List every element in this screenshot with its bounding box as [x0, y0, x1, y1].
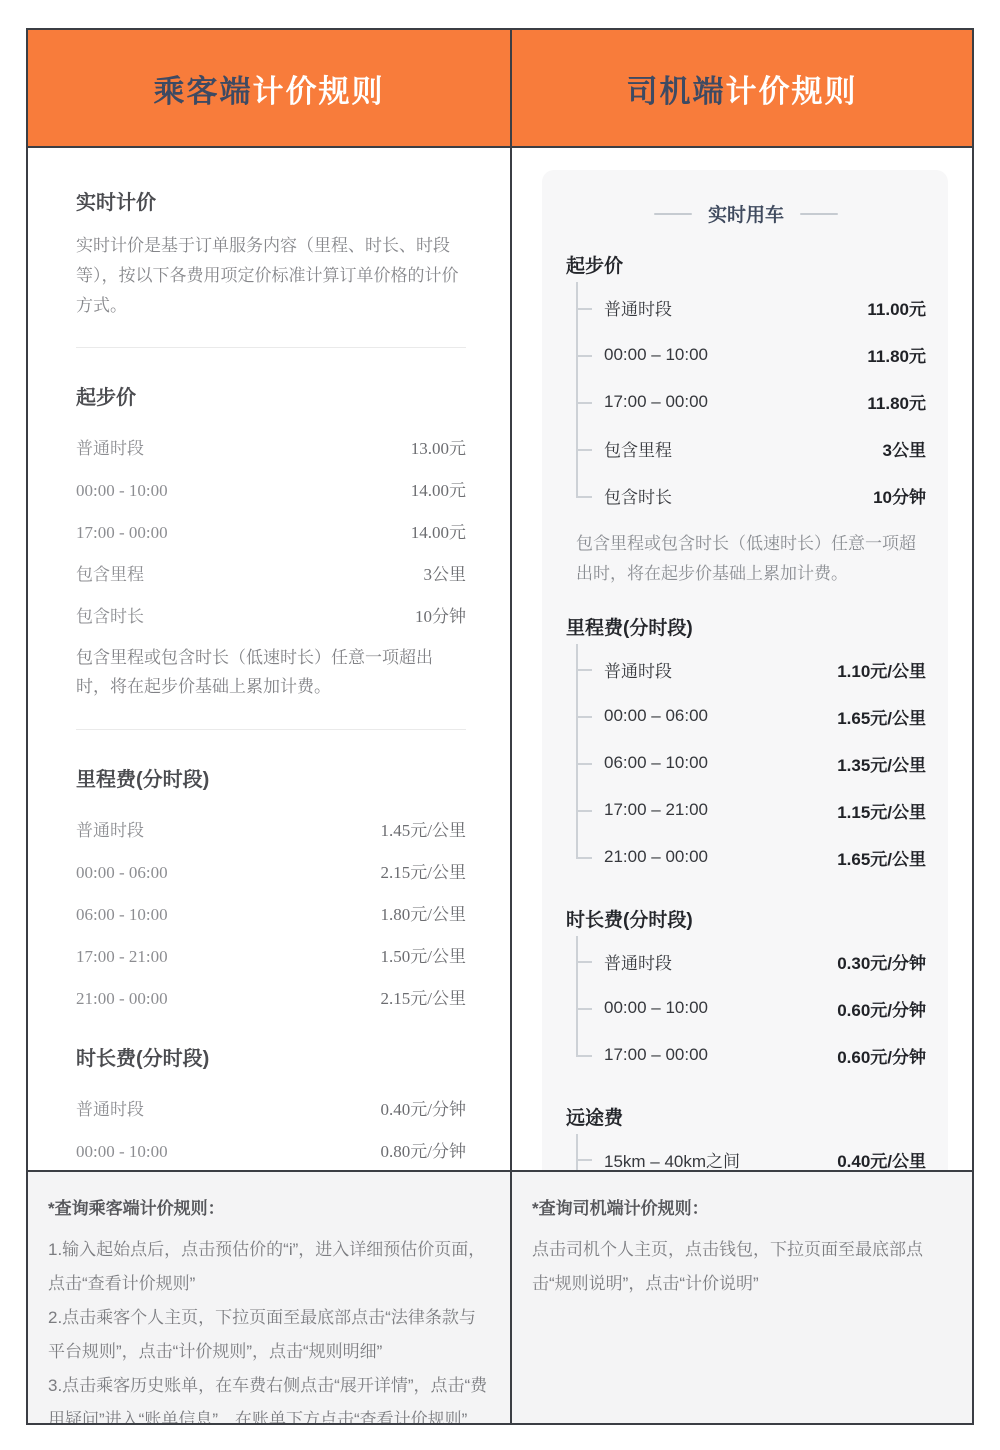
- fee-row: 00:00 – 10:00 0.60元/分钟: [576, 985, 926, 1032]
- fee-row: 00:00 - 10:00 0.80元/分钟: [76, 1137, 466, 1162]
- driver-header-highlight: 司机端: [627, 66, 726, 111]
- fee-row-value: 0.60元/分钟: [837, 1043, 926, 1068]
- fee-row: 普通时段 1.10元/公里: [576, 646, 926, 693]
- fee-row-label: 15km – 40km之间: [604, 1147, 740, 1171]
- fee-row-label: 普通时段: [604, 295, 672, 320]
- footer-line: 3.点击乘客历史账单，在车费右侧点击“展开详情”，点击“费用疑问”进入“账单信息…: [48, 1369, 488, 1423]
- fee-row: 00:00 - 06:00 2.15元/公里: [76, 858, 466, 883]
- fee-section-title: 时长费(分时段): [76, 1042, 466, 1071]
- passenger-footer-note: *查询乘客端计价规则： 1.输入起始点后，点击预估价的“i”，进入详细预估价页面…: [28, 1172, 510, 1423]
- fee-row-label: 00:00 – 06:00: [604, 706, 708, 726]
- fee-row: 普通时段 0.40元/分钟: [76, 1095, 466, 1120]
- driver-header-rest: 计价规则: [726, 66, 858, 111]
- fee-row-label: 17:00 – 00:00: [604, 1045, 708, 1065]
- driver-footer-lines: 点击司机个人主页，点击钱包，下拉页面至最底部点击“规则说明”，点击“计价说明”: [532, 1233, 950, 1301]
- fee-rows: 普通时段 13.00元 00:00 - 10:00 14.00元: [76, 434, 466, 627]
- driver-header: 司机端计价规则: [512, 30, 972, 146]
- fee-row-label: 00:00 – 10:00: [604, 345, 708, 365]
- fee-row-value: 14.00元: [411, 518, 466, 543]
- fee-row: 普通时段 11.00元: [576, 284, 926, 331]
- footer-line: 1.输入起始点后，点击预估价的“i”，进入详细预估价页面，点击“查看计价规则”: [48, 1233, 488, 1301]
- body-row: 实时计价 实时计价是基于订单服务内容（里程、时长、时段等），按以下各费用项定价标…: [28, 148, 972, 1170]
- fee-row-label: 17:00 - 00:00: [76, 523, 168, 543]
- fee-row-value: 0.30元/分钟: [837, 949, 926, 974]
- fee-row: 06:00 - 10:00 1.80元/公里: [76, 900, 466, 925]
- fee-row-value: 10分钟: [415, 602, 466, 627]
- fee-section-title: 里程费(分时段): [566, 613, 926, 640]
- fee-row-label: 00:00 - 10:00: [76, 481, 168, 501]
- fee-row-label: 普通时段: [76, 1095, 144, 1120]
- fee-section: 里程费(分时段) 普通时段 1.45元/公里 00:00 - 06:00: [76, 763, 466, 1009]
- driver-footer-title: *查询司机端计价规则：: [532, 1192, 950, 1225]
- fee-row-label: 普通时段: [76, 816, 144, 841]
- fee-row-value: 14.00元: [411, 476, 466, 501]
- fee-row-label: 06:00 - 10:00: [76, 905, 168, 925]
- passenger-column: 实时计价 实时计价是基于订单服务内容（里程、时长、时段等），按以下各费用项定价标…: [28, 148, 510, 1170]
- fee-row-label: 06:00 – 10:00: [604, 753, 708, 773]
- driver-column: 实时用车 起步价 普通时段 11.0: [512, 148, 972, 1170]
- fee-row-value: 0.40元/公里: [837, 1147, 926, 1171]
- fee-row: 包含里程 3公里: [76, 560, 466, 585]
- fee-row: 17:00 – 21:00 1.15元/公里: [576, 787, 926, 834]
- fee-row-label: 包含里程: [76, 560, 144, 585]
- passenger-header-highlight: 乘客端: [154, 66, 253, 111]
- fee-rows-tree: 普通时段 11.00元 00:00 – 10:00 11.80元: [576, 284, 926, 519]
- fee-row-label: 21:00 - 00:00: [76, 989, 168, 1009]
- fee-section: 起步价 普通时段 13.00元 00:00 - 10:00: [76, 381, 466, 730]
- section-divider: [76, 729, 466, 730]
- passenger-header: 乘客端计价规则: [28, 30, 510, 146]
- card-title-row: 实时用车: [566, 200, 926, 227]
- fee-section-title: 起步价: [566, 251, 926, 278]
- fee-section-title: 里程费(分时段): [76, 763, 466, 792]
- fee-row-value: 11.00元: [867, 295, 926, 320]
- fee-row-label: 17:00 – 21:00: [604, 800, 708, 820]
- fee-section-title: 时长费(分时段): [566, 905, 926, 932]
- footer-line: 2.点击乘客个人主页，下拉页面至最底部点击“法律条款与平台规则”，点击“计价规则…: [48, 1301, 488, 1369]
- fee-row-label: 普通时段: [604, 657, 672, 682]
- fee-row-value: 0.80元/分钟: [381, 1137, 466, 1162]
- fee-row-value: 1.50元/公里: [381, 942, 466, 967]
- fee-rows: 普通时段 0.40元/分钟 00:00 - 10:00 0.80元/分钟: [76, 1095, 466, 1170]
- fee-row: 15km – 40km之间 0.40元/公里: [576, 1136, 926, 1171]
- fee-section: 时长费(分时段) 普通时段 0.30元/分钟: [566, 905, 926, 1079]
- fee-row-label: 17:00 - 21:00: [76, 947, 168, 967]
- fee-row-value: 2.15元/公里: [381, 858, 466, 883]
- fee-section-note: 包含里程或包含时长（低速时长）任意一项超出时，将在起步价基础上累加计费。: [576, 529, 926, 589]
- card-title: 实时用车: [708, 200, 784, 227]
- fee-row-label: 包含时长: [76, 602, 144, 627]
- fee-row: 包含里程 3公里: [576, 425, 926, 472]
- fee-row-value: 1.10元/公里: [837, 657, 926, 682]
- passenger-sections: 起步价 普通时段 13.00元 00:00 - 10:00: [76, 381, 466, 1170]
- fee-row: 00:00 – 06:00 1.65元/公里: [576, 693, 926, 740]
- pricing-rules-comparison-sheet: 乘客端计价规则 司机端计价规则 实时计价 实时计价是基于订单服务内容（里程、时长…: [26, 28, 974, 1425]
- footer-row: *查询乘客端计价规则： 1.输入起始点后，点击预估价的“i”，进入详细预估价页面…: [28, 1170, 972, 1423]
- passenger-footer-lines: 1.输入起始点后，点击预估价的“i”，进入详细预估价页面，点击“查看计价规则” …: [48, 1233, 488, 1423]
- driver-sections: 起步价 普通时段 11.00元 00:: [566, 251, 926, 1170]
- realtime-ride-card: 实时用车 起步价 普通时段 11.0: [542, 170, 948, 1170]
- fee-section: 远途费 15km – 40km之间 0.40元/公里: [566, 1103, 926, 1171]
- title-dash-left: [654, 213, 692, 215]
- passenger-header-rest: 计价规则: [253, 66, 385, 111]
- fee-row: 21:00 - 00:00 2.15元/公里: [76, 984, 466, 1009]
- fee-section-note: 包含里程或包含时长（低速时长）任意一项超出时，将在起步价基础上累加计费。: [76, 644, 466, 702]
- fee-row: 06:00 – 10:00 1.35元/公里: [576, 740, 926, 787]
- fee-row-value: 1.15元/公里: [837, 798, 926, 823]
- footer-line: 点击司机个人主页，点击钱包，下拉页面至最底部点击“规则说明”，点击“计价说明”: [532, 1233, 950, 1301]
- fee-row: 普通时段 1.45元/公里: [76, 816, 466, 841]
- fee-section-title: 远途费: [566, 1103, 926, 1130]
- fee-row: 17:00 - 00:00 14.00元: [76, 518, 466, 543]
- fee-rows-tree: 普通时段 1.10元/公里 00:00 – 06:00 1.65元/公里: [576, 646, 926, 881]
- fee-row: 17:00 - 21:00 1.50元/公里: [76, 942, 466, 967]
- fee-row: 普通时段 13.00元: [76, 434, 466, 459]
- fee-row: 17:00 – 00:00 0.60元/分钟: [576, 1032, 926, 1079]
- fee-row: 17:00 – 00:00 11.80元: [576, 378, 926, 425]
- fee-row-label: 普通时段: [604, 949, 672, 974]
- fee-rows-tree: 普通时段 0.30元/分钟 00:00 – 10:00 0.60元/分钟: [576, 938, 926, 1079]
- fee-row-value: 2.15元/公里: [381, 984, 466, 1009]
- fee-row-value: 11.80元: [867, 342, 926, 367]
- fee-row-label: 00:00 - 06:00: [76, 863, 168, 883]
- title-dash-right: [800, 213, 838, 215]
- fee-row: 00:00 – 10:00 11.80元: [576, 331, 926, 378]
- fee-row-value: 3公里: [883, 436, 926, 461]
- fee-row-value: 1.65元/公里: [837, 845, 926, 870]
- fee-row-value: 0.40元/分钟: [381, 1095, 466, 1120]
- fee-row-value: 0.60元/分钟: [837, 996, 926, 1021]
- fee-row-label: 00:00 – 10:00: [604, 998, 708, 1018]
- fee-rows: 普通时段 1.45元/公里 00:00 - 06:00 2.15元/公里: [76, 816, 466, 1009]
- fee-rows-tree: 15km – 40km之间 0.40元/公里 大于40公里部分 1.40元/公里: [576, 1136, 926, 1171]
- fee-row: 21:00 – 00:00 1.65元/公里: [576, 834, 926, 881]
- fee-section: 时长费(分时段) 普通时段 0.40元/分钟 00:00 - 10:00: [76, 1042, 466, 1170]
- fee-section: 起步价 普通时段 11.00元 00:: [566, 251, 926, 589]
- fee-row-value: 1.45元/公里: [381, 816, 466, 841]
- fee-section-title: 起步价: [76, 381, 466, 410]
- fee-row-value: 1.65元/公里: [837, 704, 926, 729]
- fee-row-value: 3公里: [424, 560, 467, 585]
- header-row: 乘客端计价规则 司机端计价规则: [28, 30, 972, 148]
- fee-row-label: 21:00 – 00:00: [604, 847, 708, 867]
- fee-row-label: 00:00 - 10:00: [76, 1142, 168, 1162]
- fee-row: 00:00 - 10:00 14.00元: [76, 476, 466, 501]
- fee-row-value: 10分钟: [873, 483, 926, 508]
- fee-row-value: 11.80元: [867, 389, 926, 414]
- fee-row-label: 普通时段: [76, 434, 144, 459]
- fee-row: 包含时长 10分钟: [76, 602, 466, 627]
- fee-row-value: 13.00元: [411, 434, 466, 459]
- fee-row-label: 17:00 – 00:00: [604, 392, 708, 412]
- realtime-pricing-title: 实时计价: [76, 186, 466, 215]
- fee-row-label: 包含时长: [604, 483, 672, 508]
- realtime-pricing-description: 实时计价是基于订单服务内容（里程、时长、时段等），按以下各费用项定价标准计算订单…: [76, 231, 466, 320]
- fee-row: 普通时段 0.30元/分钟: [576, 938, 926, 985]
- fee-row-value: 1.35元/公里: [837, 751, 926, 776]
- fee-row-label: 包含里程: [604, 436, 672, 461]
- fee-row: 包含时长 10分钟: [576, 472, 926, 519]
- fee-row-value: 1.80元/公里: [381, 900, 466, 925]
- fee-section: 里程费(分时段) 普通时段 1.10元/公里: [566, 613, 926, 881]
- section-divider: [76, 347, 466, 348]
- passenger-footer-title: *查询乘客端计价规则：: [48, 1192, 488, 1225]
- driver-footer-note: *查询司机端计价规则： 点击司机个人主页，点击钱包，下拉页面至最底部点击“规则说…: [512, 1172, 972, 1423]
